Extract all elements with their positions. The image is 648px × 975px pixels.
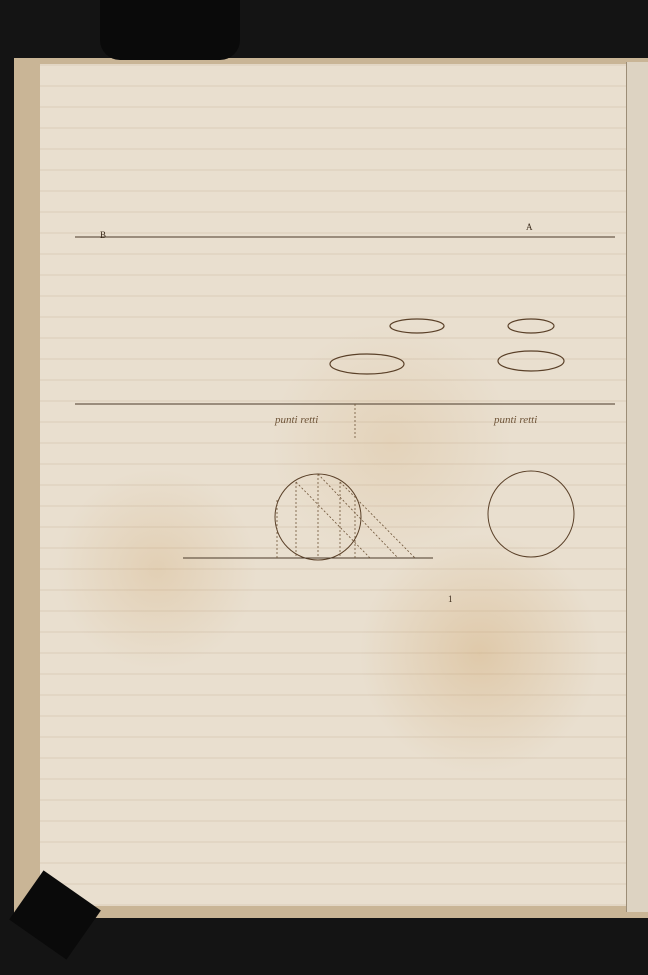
label-b: B bbox=[100, 230, 106, 240]
caption-left: punti retti bbox=[275, 414, 318, 426]
page-mark: 1 bbox=[448, 594, 453, 604]
diagram-lines bbox=[0, 0, 648, 975]
caption-right: punti retti bbox=[494, 414, 537, 426]
label-a: A bbox=[526, 222, 533, 232]
